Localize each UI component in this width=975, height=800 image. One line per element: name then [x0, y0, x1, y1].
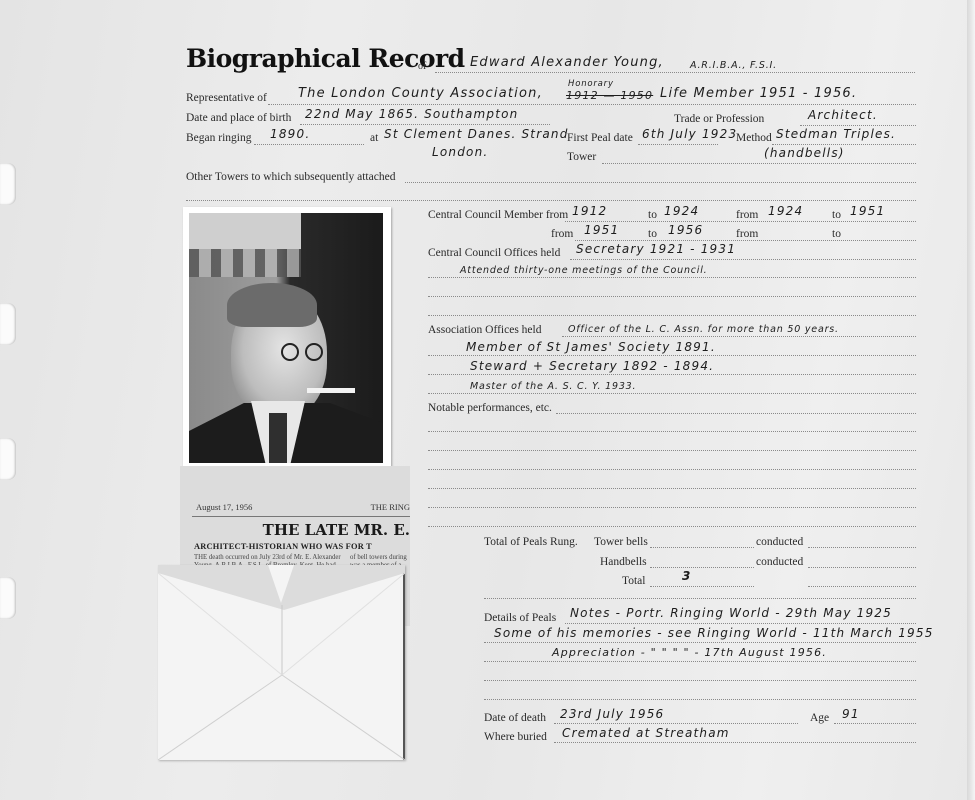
tower-label: Tower — [567, 151, 596, 163]
dotted-line — [268, 104, 916, 105]
envelope-pocket — [158, 565, 405, 760]
life-member-value: Life Member 1951 - 1956. — [660, 86, 857, 101]
cc-from-label: from — [736, 228, 758, 240]
dotted-line — [602, 163, 916, 164]
assoc-office-line: Steward + Secretary 1892 - 1894. — [470, 359, 714, 373]
dotted-line — [808, 567, 916, 568]
cc-member-label: Central Council Member from — [428, 209, 568, 221]
punch-hole — [0, 303, 16, 345]
dotted-line — [428, 315, 916, 316]
cc-to-label: to — [832, 228, 841, 240]
cc-from-label: from — [736, 209, 758, 221]
cc-period-2-from: 1924 — [768, 204, 803, 218]
age-value: 91 — [842, 707, 860, 721]
dotted-line — [650, 586, 754, 587]
first-peal-label: First Peal date — [567, 132, 633, 144]
first-peal-value: 6th July 1923 — [642, 127, 737, 141]
cc-period-3-from: 1951 — [584, 223, 619, 237]
method-value: Stedman Triples. — [776, 127, 896, 141]
dotted-line — [808, 547, 916, 548]
began-at-value-line1: St Clement Danes. Strand — [384, 127, 569, 141]
scanned-document-page: Biographical Record of Edward Alexander … — [0, 0, 975, 800]
conducted-label: conducted — [756, 536, 803, 548]
punch-hole — [0, 163, 16, 205]
dotted-line — [484, 598, 916, 599]
dotted-line — [428, 296, 916, 297]
other-towers-label: Other Towers to which subsequently attac… — [186, 171, 395, 183]
dotted-line — [800, 125, 916, 126]
inserted-honorary: Honorary — [568, 79, 614, 89]
assoc-office-line: Member of St James' Society 1891. — [466, 340, 716, 354]
details-label: Details of Peals — [484, 612, 556, 624]
birth-label: Date and place of birth — [186, 112, 291, 124]
tower-value: (handbells) — [764, 146, 845, 160]
representative-value: The London County Association, — [298, 86, 543, 101]
buried-value: Cremated at Streatham — [562, 726, 730, 740]
dotted-line — [484, 642, 916, 643]
cc-period-2-to: 1951 — [850, 204, 885, 218]
conducted-label: conducted — [756, 556, 803, 568]
dotted-line — [565, 623, 916, 624]
age-label: Age — [810, 712, 829, 724]
dotted-line — [650, 567, 754, 568]
dotted-line — [428, 393, 916, 394]
details-line: Appreciation - " " " " - 17th August 195… — [552, 646, 827, 659]
details-line: Some of his memories - see Ringing World… — [494, 626, 934, 640]
notable-label: Notable performances, etc. — [428, 402, 552, 414]
clipping-date: August 17, 1956 — [196, 502, 252, 512]
buried-label: Where buried — [484, 731, 547, 743]
dotted-line — [562, 336, 916, 337]
assoc-office-line: Master of the A. S. C. Y. 1933. — [470, 381, 636, 392]
dotted-line — [808, 586, 916, 587]
cc-to-label: to — [648, 209, 657, 221]
dotted-line — [428, 355, 916, 356]
dotted-line — [556, 413, 916, 414]
total-row-label: Total — [622, 575, 645, 587]
dotted-line — [405, 182, 916, 183]
began-at-label: at — [370, 132, 378, 144]
assoc-office-line: Officer of the L. C. Assn. for more than… — [568, 324, 839, 335]
dotted-line — [484, 661, 916, 662]
began-ringing-label: Began ringing — [186, 132, 251, 144]
dotted-line — [254, 144, 364, 145]
death-date-value: 23rd July 1956 — [560, 707, 664, 721]
cc-from-label: from — [551, 228, 573, 240]
peals-total-value: 3 — [682, 569, 692, 583]
details-line: Notes - Portr. Ringing World - 29th May … — [570, 606, 892, 620]
cc-period-1-to: 1924 — [664, 204, 699, 218]
method-label: Method — [736, 132, 772, 144]
dotted-line — [428, 488, 916, 489]
dotted-line — [554, 723, 798, 724]
dotted-line — [772, 144, 916, 145]
dotted-line — [650, 547, 754, 548]
dotted-line — [570, 259, 916, 260]
began-at-value-line2: London. — [432, 145, 488, 159]
clipping-subheadline: ARCHITECT-HISTORIAN WHO WAS FOR T — [194, 542, 372, 551]
cc-to-label: to — [832, 209, 841, 221]
punch-hole — [0, 577, 16, 619]
handbells-label: Handbells — [600, 556, 647, 568]
portrait-photo — [183, 207, 391, 469]
clipping-paper-name: THE RING — [371, 502, 410, 512]
assoc-offices-label: Association Offices held — [428, 324, 541, 336]
dotted-line — [484, 680, 916, 681]
dotted-line — [435, 72, 915, 73]
tower-bells-label: Tower bells — [594, 536, 648, 548]
birth-value: 22nd May 1865. Southampton — [305, 107, 519, 121]
struck-years: 1912 — 1950 — [566, 89, 653, 102]
dotted-line — [186, 200, 916, 201]
cc-offices-label: Central Council Offices held — [428, 247, 560, 259]
punch-hole — [0, 438, 16, 480]
subject-qualifications: A.R.I.B.A., F.S.I. — [690, 60, 777, 71]
dotted-line — [428, 526, 916, 527]
cc-to-label: to — [648, 228, 657, 240]
dotted-line — [428, 450, 916, 451]
peals-total-label: Total of Peals Rung. — [484, 536, 578, 548]
of-label: of — [418, 61, 426, 72]
cc-period-1-from: 1912 — [572, 204, 607, 218]
dotted-line — [834, 723, 916, 724]
cc-offices-note: Attended thirty-one meetings of the Coun… — [460, 265, 708, 276]
dotted-line — [554, 742, 916, 743]
cc-offices-value: Secretary 1921 - 1931 — [576, 242, 736, 256]
death-date-label: Date of death — [484, 712, 546, 724]
cc-period-3-to: 1956 — [668, 223, 703, 237]
began-ringing-value: 1890. — [270, 127, 310, 141]
dotted-line — [565, 221, 916, 222]
dotted-line — [428, 374, 916, 375]
clipping-headline: THE LATE MR. E. — [263, 521, 410, 539]
dotted-line — [428, 431, 916, 432]
dotted-line — [428, 507, 916, 508]
trade-label: Trade or Profession — [674, 113, 764, 125]
subject-name: Edward Alexander Young, — [470, 55, 664, 70]
page-edge — [967, 0, 975, 800]
dotted-line — [428, 277, 916, 278]
dotted-line — [484, 699, 916, 700]
dotted-line — [300, 124, 550, 125]
trade-value: Architect. — [808, 108, 878, 122]
dotted-line — [638, 144, 718, 145]
dotted-line — [428, 469, 916, 470]
dotted-line — [575, 240, 916, 241]
representative-label: Representative of — [186, 92, 267, 104]
